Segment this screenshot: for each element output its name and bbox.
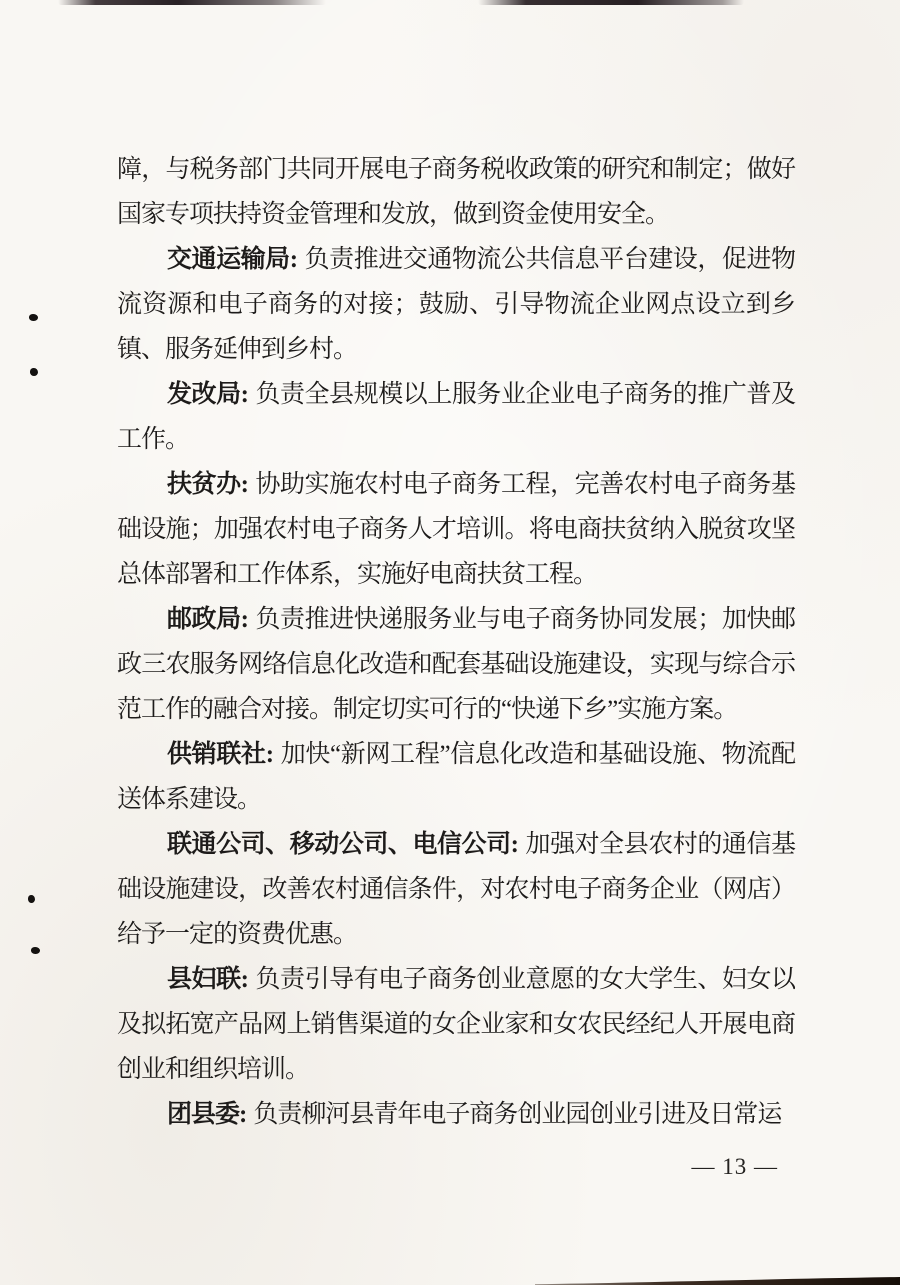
department-label: 团县委: — [167, 1101, 246, 1128]
ink-speck — [31, 947, 40, 954]
paragraph-text: 负责柳河县青年电子商务创业园创业引进及日常运 — [253, 1101, 781, 1128]
paragraph: 团县委:负责柳河县青年电子商务创业园创业引进及日常运 — [117, 1092, 795, 1137]
paragraph: 交通运输局:负责推进交通物流公共信息平台建设，促进物流资源和电子商务的对接；鼓励… — [117, 237, 795, 372]
ink-speck — [30, 368, 38, 376]
department-label: 交通运输局: — [167, 246, 297, 273]
paragraph: 扶贫办:协助实施农村电子商务工程，完善农村电子商务基础设施；加强农村电子商务人才… — [117, 462, 795, 597]
department-label: 县妇联: — [167, 966, 248, 993]
ink-speck — [28, 895, 35, 903]
paragraph-text: 障，与税务部门共同开展电子商务税收政策的研究和制定；做好国家专项扶持资金管理和发… — [117, 156, 795, 228]
paragraph: 障，与税务部门共同开展电子商务税收政策的研究和制定；做好国家专项扶持资金管理和发… — [117, 147, 795, 237]
paragraph: 县妇联:负责引导有电子商务创业意愿的女大学生、妇女以及拟拓宽产品网上销售渠道的女… — [117, 957, 795, 1092]
paragraph: 发改局:负责全县规模以上服务业企业电子商务的推广普及工作。 — [117, 372, 795, 462]
paragraph: 邮政局:负责推进快递服务业与电子商务协同发展；加快邮政三农服务网络信息化改造和配… — [117, 597, 795, 732]
department-label: 联通公司、移动公司、电信公司: — [167, 831, 518, 858]
paragraph: 联通公司、移动公司、电信公司:加强对全县农村的通信基础设施建设，改善农村通信条件… — [117, 822, 795, 957]
document-body: 障，与税务部门共同开展电子商务税收政策的研究和制定；做好国家专项扶持资金管理和发… — [117, 147, 795, 1137]
scan-edge-bottom — [535, 1272, 900, 1285]
ink-speck — [29, 314, 38, 321]
paragraph: 供销联社:加快“新网工程”信息化改造和基础设施、物流配送体系建设。 — [117, 732, 795, 822]
scanned-document-page: 障，与税务部门共同开展电子商务税收政策的研究和制定；做好国家专项扶持资金管理和发… — [0, 0, 900, 1285]
page-number: — 13 — — [692, 1154, 779, 1180]
department-label: 发改局: — [167, 381, 248, 408]
department-label: 供销联社: — [167, 741, 273, 768]
scan-edge-top-left — [58, 0, 326, 5]
department-label: 扶贫办: — [167, 471, 248, 498]
scan-edge-top-right — [478, 0, 744, 5]
department-label: 邮政局: — [167, 606, 248, 633]
